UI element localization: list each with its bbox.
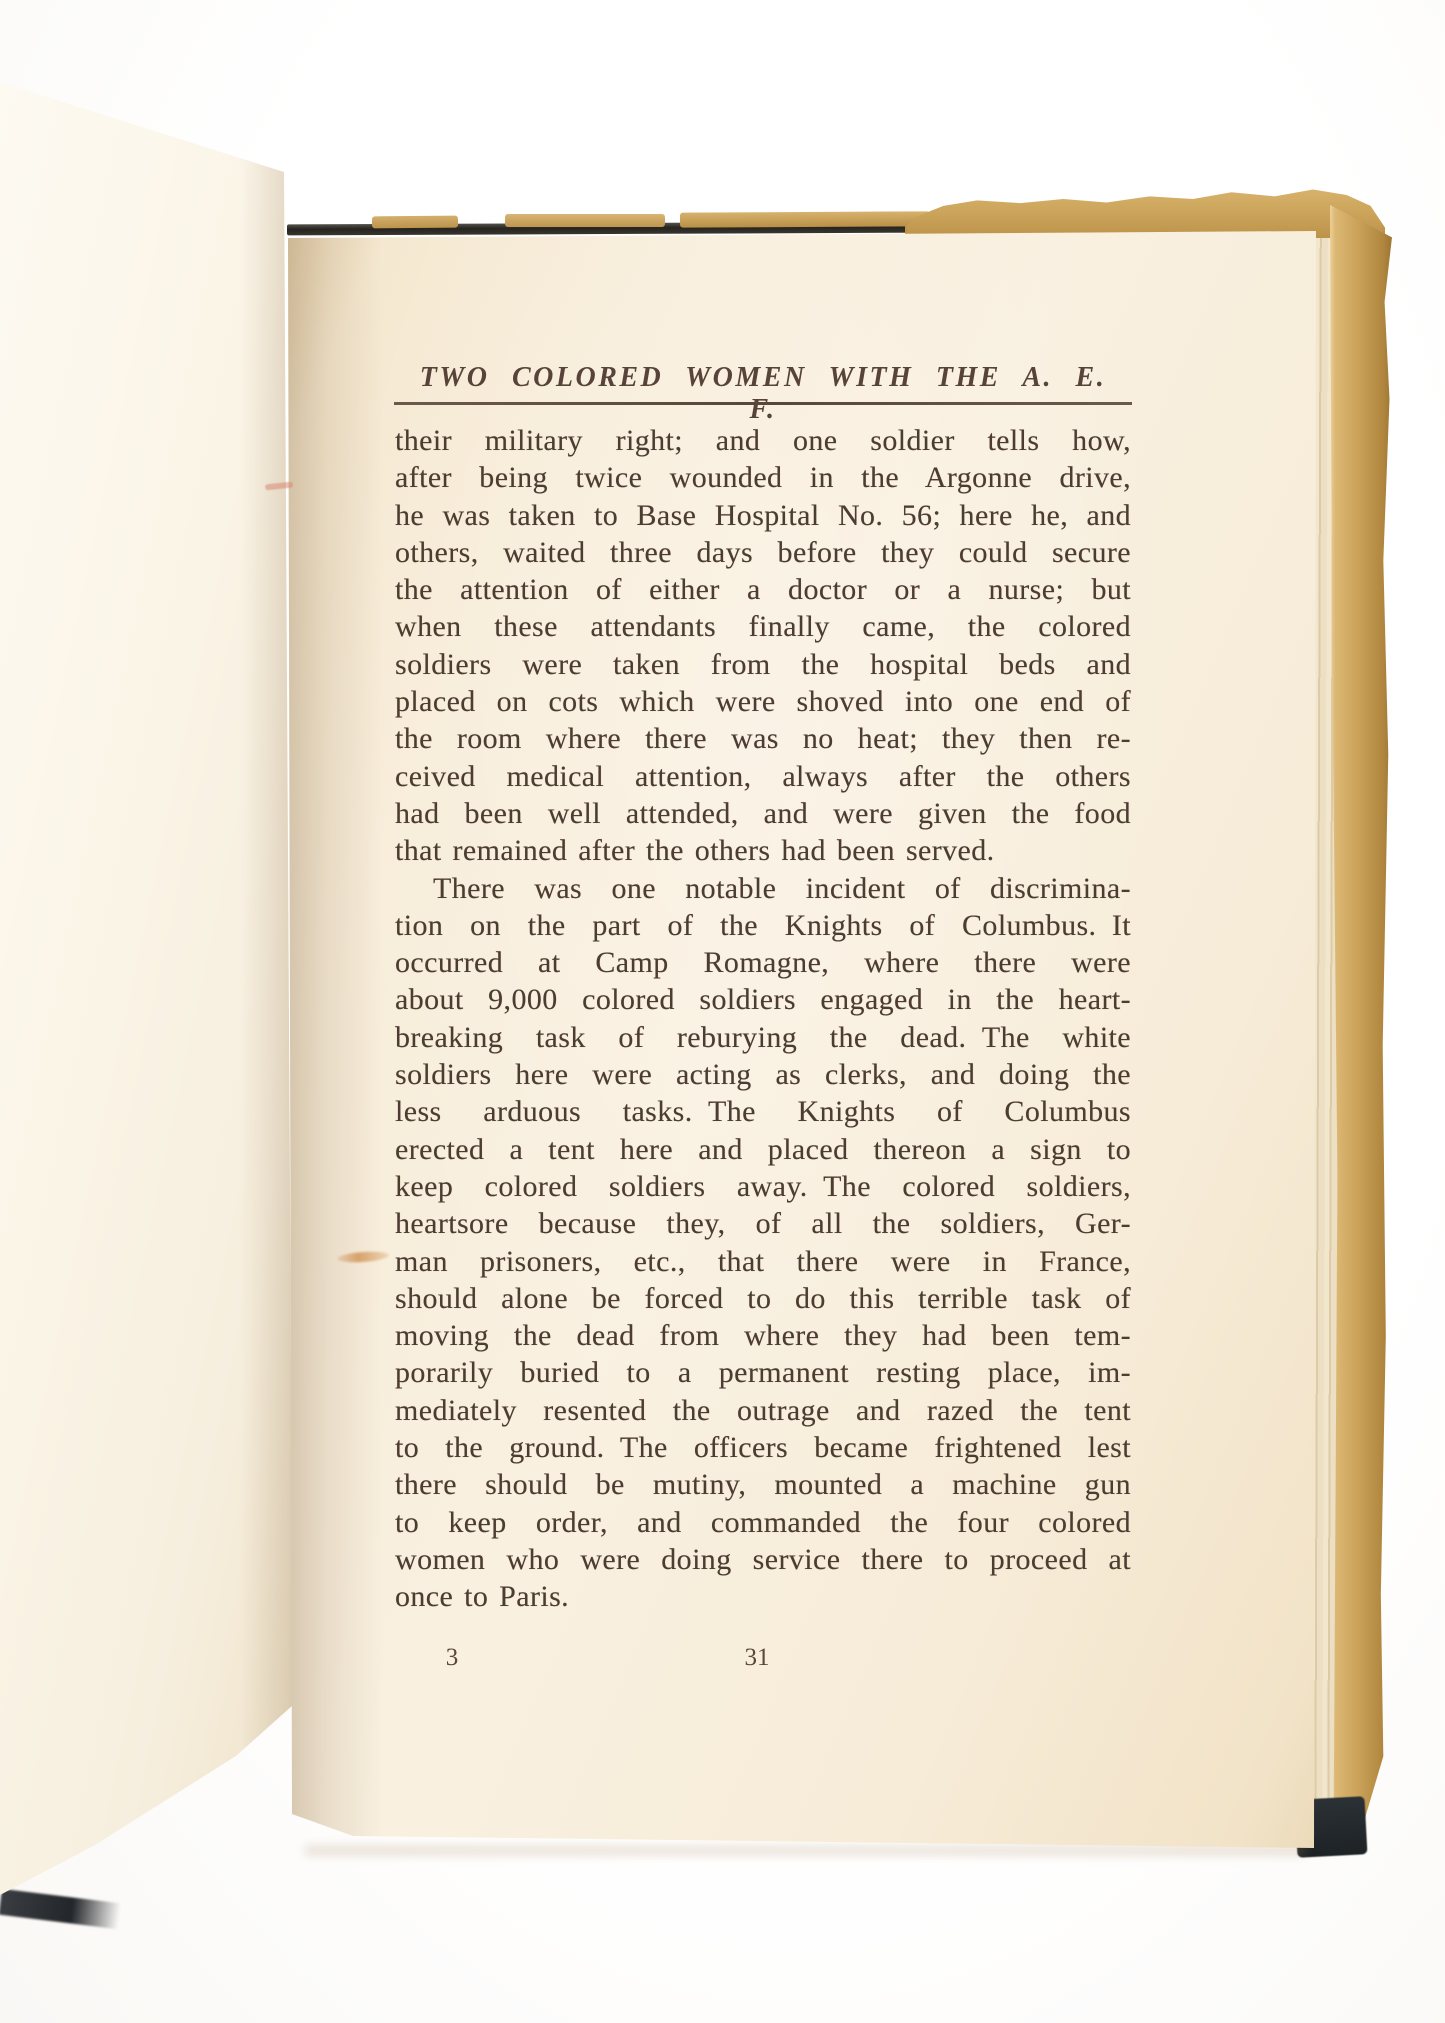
jacket-fragment — [372, 216, 458, 229]
header-rule — [394, 402, 1132, 405]
text-line: mediately resented the outrage and razed… — [395, 1392, 1131, 1429]
signature-mark: 3 — [437, 1644, 467, 1672]
body-text: their military right; and one soldier te… — [395, 422, 1131, 1616]
text-line: women who were doing service there to pr… — [395, 1541, 1131, 1578]
text-line: soldiers here were acting as clerks, and… — [395, 1056, 1131, 1093]
left-page — [0, 0, 300, 1910]
page-bottom-shadow — [305, 1846, 1305, 1855]
text-line: once to Paris. — [395, 1578, 1131, 1615]
text-line: should alone be forced to do this terrib… — [395, 1280, 1131, 1317]
text-line: man prisoners, etc., that there were in … — [395, 1243, 1131, 1280]
text-line: occurred at Camp Romagne, where there we… — [395, 944, 1131, 981]
text-line: tion on the part of the Knights of Colum… — [395, 907, 1131, 944]
text-line: their military right; and one soldier te… — [395, 422, 1131, 459]
right-page: TWO COLORED WOMEN WITH THE A. E. F. thei… — [283, 226, 1317, 1852]
cover-corner-bottom-left — [0, 1889, 121, 1929]
text-line: to the ground. The officers became frigh… — [395, 1429, 1131, 1466]
text-line: placed on cots which were shoved into on… — [395, 683, 1131, 720]
fore-edge-tan-strip — [1330, 205, 1392, 1821]
page-number: 31 — [735, 1644, 779, 1672]
running-head: TWO COLORED WOMEN WITH THE A. E. F. — [395, 362, 1131, 426]
text-line: had been well attended, and were given t… — [395, 795, 1131, 832]
text-line: soldiers were taken from the hospital be… — [395, 646, 1131, 683]
jacket-fragment — [680, 211, 930, 227]
text-line: erected a tent here and placed thereon a… — [395, 1131, 1131, 1168]
text-line: keep colored soldiers away. The colored … — [395, 1168, 1131, 1205]
jacket-fragment — [505, 214, 665, 227]
text-line: he was taken to Base Hospital No. 56; he… — [395, 497, 1131, 534]
book-photo: TWO COLORED WOMEN WITH THE A. E. F. thei… — [0, 0, 1445, 2023]
text-line: about 9,000 colored soldiers engaged in … — [395, 981, 1131, 1018]
text-line: moving the dead from where they had been… — [395, 1317, 1131, 1354]
text-line: There was one notable incident of discri… — [395, 870, 1131, 907]
text-line: when these attendants finally came, the … — [395, 608, 1131, 645]
text-line: after being twice wounded in the Argonne… — [395, 459, 1131, 496]
text-line: there should be mutiny, mounted a machin… — [395, 1466, 1131, 1503]
text-line: less arduous tasks. The Knights of Colum… — [395, 1093, 1131, 1130]
text-line: others, waited three days before they co… — [395, 534, 1131, 571]
gutter-shadow — [283, 226, 383, 1852]
text-line: breaking task of reburying the dead. The… — [395, 1019, 1131, 1056]
page-footer: 3 31 — [395, 1644, 1131, 1678]
text-line: to keep order, and commanded the four co… — [395, 1504, 1131, 1541]
text-line: that remained after the others had been … — [395, 832, 1131, 869]
text-line: the attention of either a doctor or a nu… — [395, 571, 1131, 608]
text-line: porarily buried to a permanent resting p… — [395, 1354, 1131, 1391]
text-line: heartsore because they, of all the soldi… — [395, 1205, 1131, 1242]
text-line: ceived medical attention, always after t… — [395, 758, 1131, 795]
text-line: the room where there was no heat; they t… — [395, 720, 1131, 757]
